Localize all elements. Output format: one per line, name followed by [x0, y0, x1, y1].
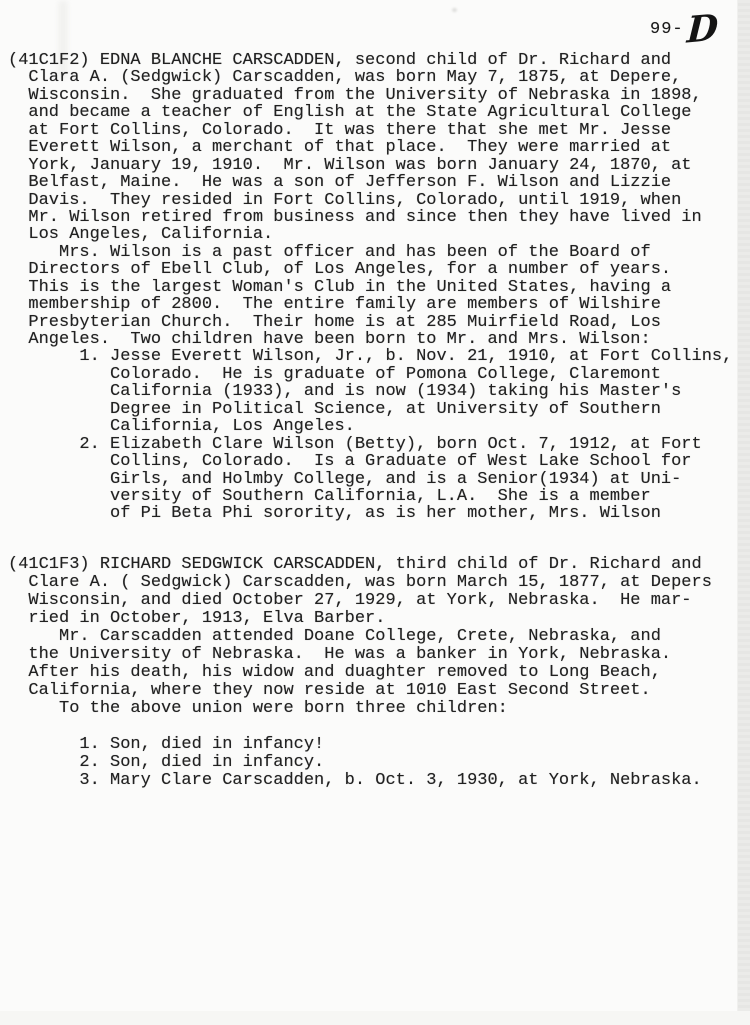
typewritten-line: Los Angeles, California.: [8, 226, 748, 243]
typewritten-line: Mr. Wilson retired from business and sin…: [8, 209, 748, 226]
typewritten-line: ried in October, 1913, Elva Barber.: [8, 610, 748, 628]
typewritten-line: California, where they now reside at 101…: [8, 682, 748, 700]
typewritten-line: After his death, his widow and duaghter …: [8, 664, 748, 682]
typewritten-line: (41C1F3) RICHARD SEDGWICK CARSCADDEN, th…: [8, 556, 748, 574]
typewritten-line: York, January 19, 1910. Mr. Wilson was b…: [8, 157, 748, 174]
typewritten-line: and became a teacher of English at the S…: [8, 104, 748, 121]
typewritten-line: Clare A. ( Sedgwick) Carscadden, was bor…: [8, 574, 748, 592]
typewritten-line: Collins, Colorado. Is a Graduate of West…: [8, 453, 748, 470]
typewritten-line: 2. Elizabeth Clare Wilson (Betty), born …: [8, 436, 748, 453]
typewritten-line: versity of Southern California, L.A. She…: [8, 488, 748, 505]
typewritten-line: [8, 718, 748, 736]
genealogy-entry-41C1F2: (41C1F2) EDNA BLANCHE CARSCADDEN, second…: [8, 52, 748, 523]
typewritten-line: Directors of Ebell Club, of Los Angeles,…: [8, 261, 748, 278]
typewritten-line: 3. Mary Clare Carscadden, b. Oct. 3, 193…: [8, 772, 748, 790]
typewritten-line: 2. Son, died in infancy.: [8, 754, 748, 772]
typewritten-line: Presbyterian Church. Their home is at 28…: [8, 314, 748, 331]
typewritten-line: Belfast, Maine. He was a son of Jefferso…: [8, 174, 748, 191]
typewritten-line: the University of Nebraska. He was a ban…: [8, 646, 748, 664]
typewritten-line: (41C1F2) EDNA BLANCHE CARSCADDEN, second…: [8, 52, 748, 69]
typewritten-line: membership of 2800. The entire family ar…: [8, 296, 748, 313]
typewritten-line: Mr. Carscadden attended Doane College, C…: [8, 628, 748, 646]
typewritten-line: Wisconsin, and died October 27, 1929, at…: [8, 592, 748, 610]
typewritten-line: Everett Wilson, a merchant of that place…: [8, 139, 748, 156]
typewritten-line: 1. Jesse Everett Wilson, Jr., b. Nov. 21…: [8, 348, 748, 365]
typewritten-line: California, Los Angeles.: [8, 418, 748, 435]
typewritten-line: Degree in Political Science, at Universi…: [8, 401, 748, 418]
typewritten-line: This is the largest Woman's Club in the …: [8, 279, 748, 296]
typewritten-line: Mrs. Wilson is a past officer and has be…: [8, 244, 748, 261]
typewritten-line: of Pi Beta Phi sorority, as is her mothe…: [8, 505, 748, 522]
typewritten-line: California (1933), and is now (1934) tak…: [8, 383, 748, 400]
typewritten-line: 1. Son, died in infancy!: [8, 736, 748, 754]
page-number-typed: 99-: [650, 20, 684, 39]
typewritten-line: Colorado. He is graduate of Pomona Colle…: [8, 366, 748, 383]
typewritten-line: Clara A. (Sedgwick) Carscadden, was born…: [8, 69, 748, 86]
typewritten-line: Wisconsin. She graduated from the Univer…: [8, 87, 748, 104]
typewritten-line: Angeles. Two children have been born to …: [8, 331, 748, 348]
page-number: 99-D: [650, 12, 718, 46]
typewritten-line: To the above union were born three child…: [8, 700, 748, 718]
page-number-handwritten-letter: D: [686, 10, 719, 47]
typewritten-line: at Fort Collins, Colorado. It was there …: [8, 122, 748, 139]
scanned-document-page: 99-D (41C1F2) EDNA BLANCHE CARSCADDEN, s…: [0, 0, 750, 1025]
scan-dot-artifact: [452, 8, 457, 12]
typewritten-line: Girls, and Holmby College, and is a Seni…: [8, 471, 748, 488]
typewritten-line: Davis. They resided in Fort Collins, Col…: [8, 192, 748, 209]
genealogy-entry-41C1F3: (41C1F3) RICHARD SEDGWICK CARSCADDEN, th…: [8, 556, 748, 790]
scan-bottom-band-artifact: [0, 1011, 750, 1025]
